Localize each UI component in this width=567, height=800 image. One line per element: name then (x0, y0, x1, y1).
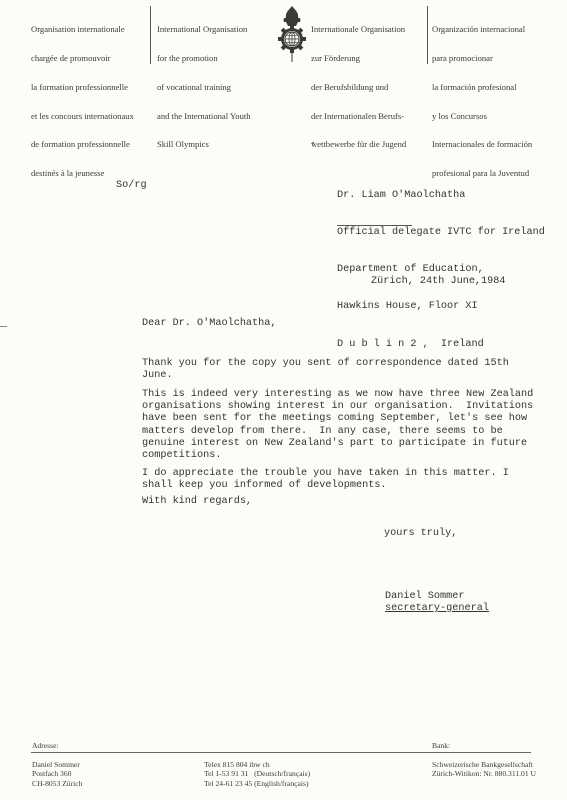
footer-telecom: Telex 815 804 ibw ch Tel 1-53 91 31 (Deu… (204, 760, 310, 788)
letterhead-line: der Internationalen Berufs- (311, 112, 406, 122)
letterhead-english: International Organisation for the promo… (157, 6, 251, 160)
letterhead-divider (427, 6, 428, 64)
footer-address-label: Adresse: (32, 741, 59, 750)
valediction: yours truly, (384, 528, 457, 540)
footer-line: Telex 815 804 ibw ch (204, 760, 310, 769)
recipient-line: D u b l i n 2 , Ireland (337, 339, 545, 351)
letterhead-line: et les concours internationaux (31, 112, 134, 122)
letterhead-line: der Berufsbildung und (311, 83, 406, 93)
footer-rule (31, 752, 531, 753)
signer-title: secretary-general (385, 603, 489, 615)
footer-line: Postfach 360 (32, 769, 82, 778)
letterhead-divider (150, 6, 151, 64)
footer-address: Daniel Sommer Postfach 360 CH-8053 Züric… (32, 760, 82, 788)
body-paragraph: Thank you for the copy you sent of corre… (142, 358, 509, 382)
letter-date: Zürich, 24th June,1984 (371, 276, 506, 288)
letterhead-line: wettbewerbe für die Jugend (311, 140, 406, 150)
gear-globe-flame-logo-icon (277, 4, 307, 64)
letterhead-line: International Organisation (157, 25, 251, 35)
letterhead-line: Organisation internationale (31, 25, 134, 35)
footer-bank-label: Bank: (432, 741, 450, 750)
letterhead-german: Internationale Organisation zur Förderun… (311, 6, 406, 160)
letterhead-line: de formation professionnelle (31, 140, 134, 150)
letterhead-line: zur Förderung (311, 54, 406, 64)
letterhead-line: of vocational training (157, 83, 251, 93)
body-paragraph: I do appreciate the trouble you have tak… (142, 468, 509, 492)
recipient-name: Dr. Liam O'Maolchatha (337, 190, 545, 202)
letterhead-line: chargée de promouvoir (31, 54, 134, 64)
reference-initials: So/rg (116, 180, 147, 192)
letterhead-french: Organisation internationale chargée de p… (31, 6, 134, 188)
fold-mark (0, 326, 7, 327)
body-paragraph: This is indeed very interesting as we no… (142, 389, 533, 462)
recipient-line: Official delegate IVTC for Ireland (337, 227, 545, 239)
letterhead-line: Organización internacional (432, 25, 532, 35)
recipient-line: Department of Education, (337, 264, 545, 276)
letterhead-line: Internationale Organisation (311, 25, 406, 35)
letterhead-spanish: Organización internacional para promocio… (432, 6, 532, 188)
closing: With kind regards, (142, 496, 252, 508)
footer-bank: Schweizerische Bankgesellschaft Zürich-W… (432, 760, 536, 779)
footer-line: Zürich-Witikon: Nr. 880.311.01 U (432, 769, 536, 778)
letterhead-line: y los Concursos (432, 112, 532, 122)
footer-line: Tel 1-53 91 31 (Deutsch/français) (204, 769, 310, 778)
letterhead-line: Skill Olympics (157, 140, 251, 150)
punch-mark (312, 142, 314, 144)
letterhead-line: Internacionales de formación (432, 140, 532, 150)
letterhead-line: la formación profesional (432, 83, 532, 93)
letterhead-line: para promocionar (432, 54, 532, 64)
address-underline (337, 225, 412, 226)
letterhead-line: la formation professionnelle (31, 83, 134, 93)
letterhead-line: destinés à la jeunesse (31, 169, 134, 179)
letterhead-line: and the International Youth (157, 112, 251, 122)
letterhead-line: for the promotion (157, 54, 251, 64)
recipient-address: Dr. Liam O'Maolchatha Official delegate … (337, 165, 545, 364)
signer-name: Daniel Sommer (385, 591, 464, 603)
recipient-line: Hawkins House, Floor XI (337, 301, 545, 313)
footer-line: Daniel Sommer (32, 760, 82, 769)
salutation: Dear Dr. O'Maolchatha, (142, 318, 277, 330)
footer-line: Tel 24-61 23 45 (English/français) (204, 779, 310, 788)
footer-line: CH-8053 Zürich (32, 779, 82, 788)
footer-line: Schweizerische Bankgesellschaft (432, 760, 536, 769)
